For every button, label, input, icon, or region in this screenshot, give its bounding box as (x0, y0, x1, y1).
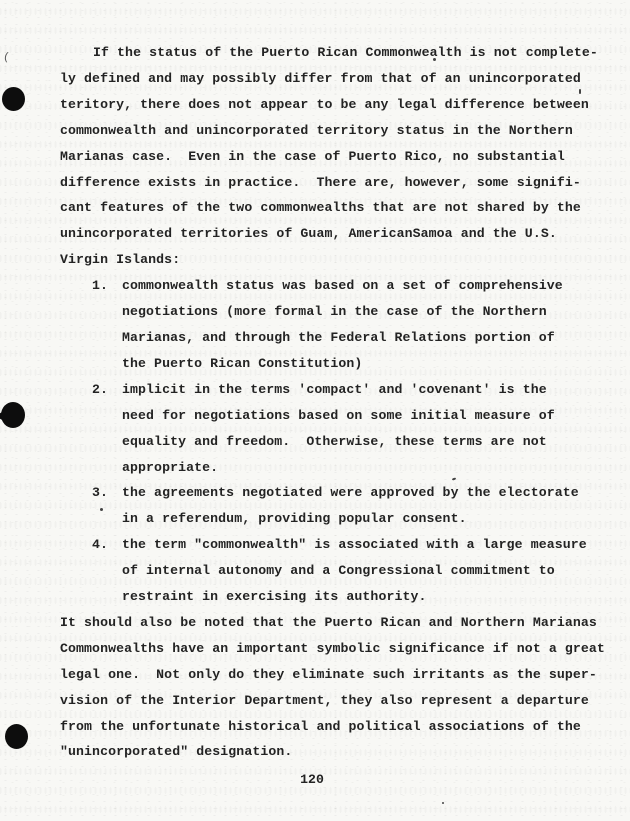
list-item-4: 4. the term "commonwealth" is associated… (60, 532, 605, 610)
list-item-text: commonwealth status was based on a set o… (122, 273, 563, 377)
text-line: teritory, there does not appear to be an… (60, 92, 605, 118)
list-item-number: 3. (92, 480, 122, 532)
scanned-page: ( If the status of the Puerto Rican Comm… (0, 0, 630, 821)
text-line: Marianas, and through the Federal Relati… (122, 325, 563, 351)
list-item-number: 1. (92, 273, 122, 377)
text-line: the agreements negotiated were approved … (122, 480, 579, 506)
text-line: equality and freedom. Otherwise, these t… (122, 429, 555, 455)
list-item-1: 1. commonwealth status was based on a se… (60, 273, 605, 377)
text-line: Marianas case. Even in the case of Puert… (60, 144, 605, 170)
text-line: commonwealth status was based on a set o… (122, 273, 563, 299)
text-line: need for negotiations based on some init… (122, 403, 555, 429)
document-body: If the status of the Puerto Rican Common… (60, 40, 605, 765)
text-line: ly defined and may possibly differ from … (60, 66, 605, 92)
text-line: "unincorporated" designation. (60, 739, 605, 765)
text-line: Commonwealths have an important symbolic… (60, 636, 605, 662)
hole-punch-mark (1, 402, 25, 428)
text-line: of internal autonomy and a Congressional… (122, 558, 587, 584)
list-item-number: 4. (92, 532, 122, 610)
hole-punch-mark (2, 87, 25, 111)
text-line: vision of the Interior Department, they … (60, 688, 605, 714)
text-line: negotiations (more formal in the case of… (122, 299, 563, 325)
text-line: restraint in exercising its authority. (122, 584, 587, 610)
list-item-2: 2. implicit in the terms 'compact' and '… (60, 377, 605, 481)
text-line: commonwealth and unincorporated territor… (60, 118, 605, 144)
text-line: If the status of the Puerto Rican Common… (60, 40, 605, 66)
text-line: the term "commonwealth" is associated wi… (122, 532, 587, 558)
intro-paragraph: If the status of the Puerto Rican Common… (60, 40, 605, 273)
text-line: It should also be noted that the Puerto … (60, 610, 605, 636)
hole-punch-mark (5, 724, 28, 749)
text-line: appropriate. (122, 455, 555, 481)
list-item-text: implicit in the terms 'compact' and 'cov… (122, 377, 555, 481)
text-line: unincorporated territories of Guam, Amer… (60, 221, 605, 247)
closing-paragraph: It should also be noted that the Puerto … (60, 610, 605, 765)
list-item-3: 3. the agreements negotiated were approv… (60, 480, 605, 532)
text-line: implicit in the terms 'compact' and 'cov… (122, 377, 555, 403)
numbered-list: 1. commonwealth status was based on a se… (60, 273, 605, 610)
text-line: in a referendum, providing popular conse… (122, 506, 579, 532)
page-number: 120 (0, 772, 624, 787)
list-item-number: 2. (92, 377, 122, 481)
text-line: Virgin Islands: (60, 247, 605, 273)
scan-speck (442, 802, 444, 804)
text-line: difference exists in practice. There are… (60, 170, 605, 196)
text-line: legal one. Not only do they eliminate su… (60, 662, 605, 688)
text-line: from the unfortunate historical and poli… (60, 714, 605, 740)
list-item-text: the agreements negotiated were approved … (122, 480, 579, 532)
list-item-text: the term "commonwealth" is associated wi… (122, 532, 587, 610)
text-line: the Puerto Rican Constitution) (122, 351, 563, 377)
stray-paren-mark: ( (2, 52, 10, 65)
text-line: cant features of the two commonwealths t… (60, 195, 605, 221)
